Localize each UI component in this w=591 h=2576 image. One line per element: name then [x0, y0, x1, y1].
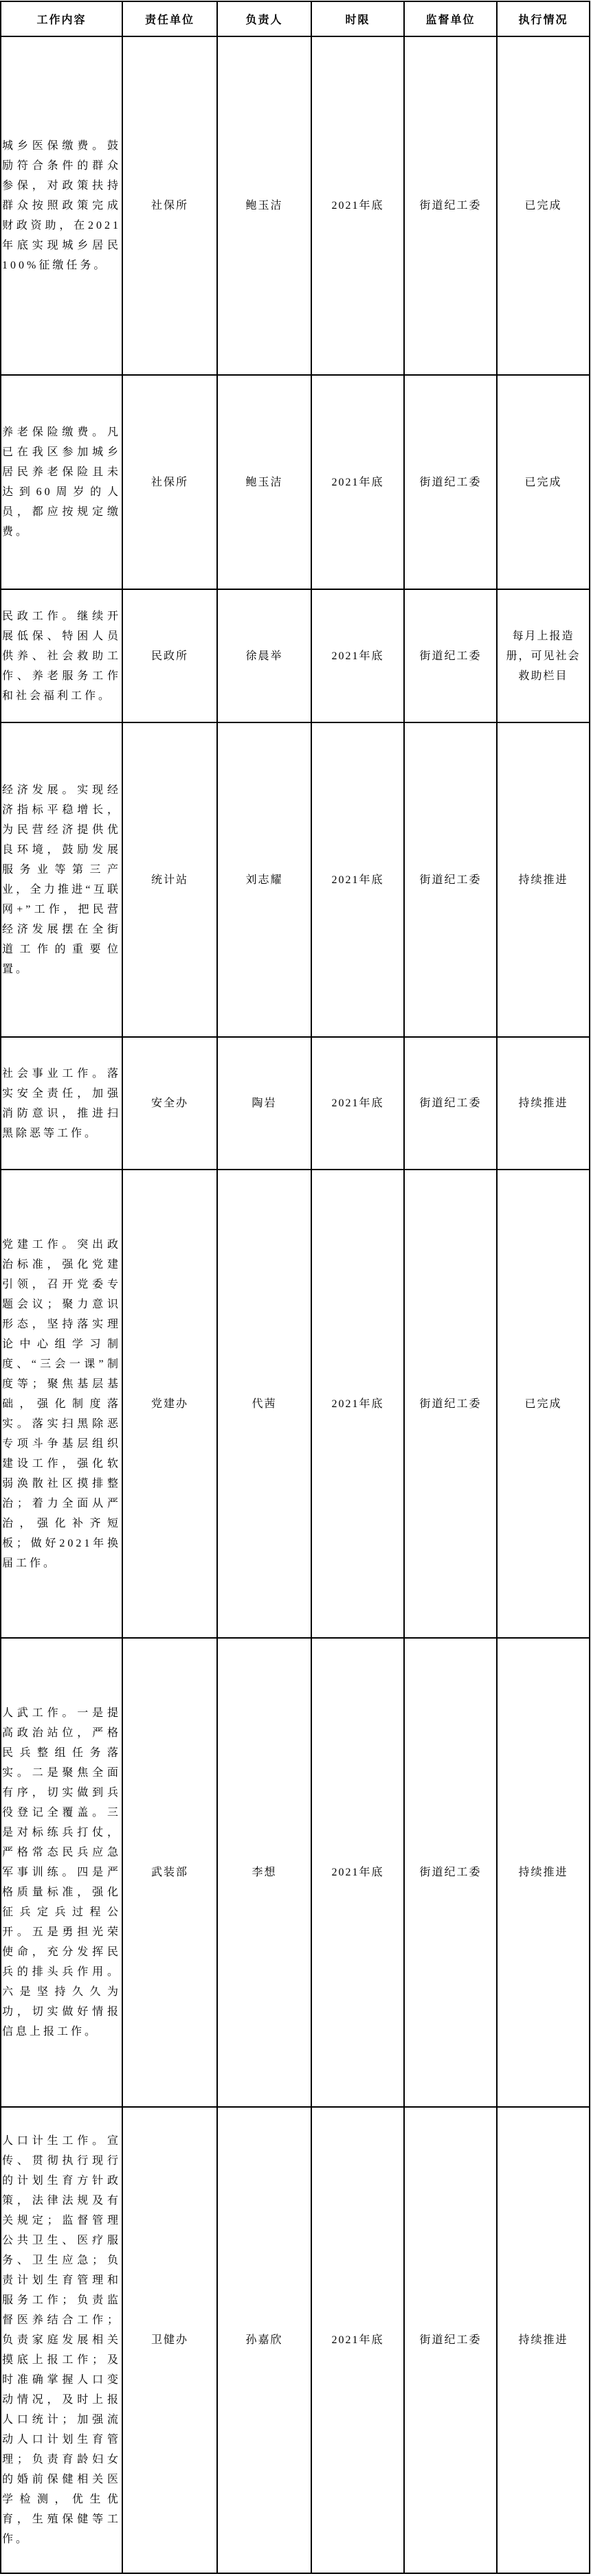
- table-row: 养老保险缴费。凡已在我区参加城乡居民养老保险且未达到60周岁的人员，都应按规定缴…: [1, 375, 590, 589]
- col-header-supervising-unit: 监督单位: [404, 1, 497, 36]
- cell-responsible-unit: 社保所: [122, 36, 217, 375]
- cell-work-content: 民政工作。继续开展低保、特困人员供养、社会救助工作、养老服务工作和社会福利工作。: [1, 589, 122, 722]
- cell-responsible-unit: 党建办: [122, 1170, 217, 1638]
- cell-person-in-charge: 鲍玉洁: [217, 36, 311, 375]
- cell-supervising-unit: 街道纪工委: [404, 36, 497, 375]
- cell-supervising-unit: 街道纪工委: [404, 722, 497, 1037]
- cell-person-in-charge: 孙嘉欣: [217, 2107, 311, 2573]
- cell-work-content: 社会事业工作。落实安全责任，加强消防意识，推进扫黑除恶等工作。: [1, 1037, 122, 1170]
- col-header-responsible-unit: 责任单位: [122, 1, 217, 36]
- cell-work-content: 城乡医保缴费。鼓励符合条件的群众参保，对政策扶持群众按照政策完成财政资助，在20…: [1, 36, 122, 375]
- cell-work-content: 人口计生工作。宣传、贯彻执行现行的计划生育方针政策，法律法规及有关规定；监督管理…: [1, 2107, 122, 2573]
- table-row: 党建工作。突出政治标准，强化党建引领，召开党委专题会议；聚力意识形态，坚持落实理…: [1, 1170, 590, 1638]
- cell-deadline: 2021年底: [311, 722, 404, 1037]
- table-row: 经济发展。实现经济指标平稳增长，为民营经济提供优良环境，鼓励发展服务业等第三产业…: [1, 722, 590, 1037]
- cell-execution-status: 每月上报造册，可见社会救助栏目: [497, 589, 590, 722]
- table-row: 社会事业工作。落实安全责任，加强消防意识，推进扫黑除恶等工作。 安全办 陶岩 2…: [1, 1037, 590, 1170]
- work-plan-table: 工作内容 责任单位 负责人 时限 监督单位 执行情况 城乡医保缴费。鼓励符合条件…: [0, 1, 590, 2574]
- cell-person-in-charge: 陶岩: [217, 1037, 311, 1170]
- header-row: 工作内容 责任单位 负责人 时限 监督单位 执行情况: [1, 1, 590, 36]
- cell-supervising-unit: 街道纪工委: [404, 1170, 497, 1638]
- cell-execution-status: 持续推进: [497, 2107, 590, 2573]
- cell-responsible-unit: 统计站: [122, 722, 217, 1037]
- cell-execution-status: 持续推进: [497, 1037, 590, 1170]
- table-row: 城乡医保缴费。鼓励符合条件的群众参保，对政策扶持群众按照政策完成财政资助，在20…: [1, 36, 590, 375]
- col-header-deadline: 时限: [311, 1, 404, 36]
- cell-responsible-unit: 安全办: [122, 1037, 217, 1170]
- cell-supervising-unit: 街道纪工委: [404, 1037, 497, 1170]
- col-header-execution-status: 执行情况: [497, 1, 590, 36]
- cell-person-in-charge: 李想: [217, 1638, 311, 2107]
- cell-person-in-charge: 代茜: [217, 1170, 311, 1638]
- cell-deadline: 2021年底: [311, 375, 404, 589]
- cell-execution-status: 持续推进: [497, 1638, 590, 2107]
- cell-supervising-unit: 街道纪工委: [404, 375, 497, 589]
- cell-person-in-charge: 鲍玉洁: [217, 375, 311, 589]
- cell-execution-status: 已完成: [497, 1170, 590, 1638]
- cell-deadline: 2021年底: [311, 1170, 404, 1638]
- cell-deadline: 2021年底: [311, 1638, 404, 2107]
- col-header-work-content: 工作内容: [1, 1, 122, 36]
- cell-execution-status: 持续推进: [497, 722, 590, 1037]
- cell-execution-status: 已完成: [497, 36, 590, 375]
- cell-supervising-unit: 街道纪工委: [404, 1638, 497, 2107]
- cell-work-content: 党建工作。突出政治标准，强化党建引领，召开党委专题会议；聚力意识形态，坚持落实理…: [1, 1170, 122, 1638]
- table-row: 人口计生工作。宣传、贯彻执行现行的计划生育方针政策，法律法规及有关规定；监督管理…: [1, 2107, 590, 2573]
- cell-supervising-unit: 街道纪工委: [404, 589, 497, 722]
- table-row: 人武工作。一是提高政治站位，严格民兵整组任务落实。二是聚焦全面有序，切实做到兵役…: [1, 1638, 590, 2107]
- cell-responsible-unit: 卫健办: [122, 2107, 217, 2573]
- col-header-person-in-charge: 负责人: [217, 1, 311, 36]
- cell-work-content: 养老保险缴费。凡已在我区参加城乡居民养老保险且未达到60周岁的人员，都应按规定缴…: [1, 375, 122, 589]
- cell-person-in-charge: 刘志耀: [217, 722, 311, 1037]
- cell-person-in-charge: 徐晨举: [217, 589, 311, 722]
- cell-deadline: 2021年底: [311, 1037, 404, 1170]
- cell-execution-status: 已完成: [497, 375, 590, 589]
- cell-responsible-unit: 武装部: [122, 1638, 217, 2107]
- cell-responsible-unit: 社保所: [122, 375, 217, 589]
- cell-responsible-unit: 民政所: [122, 589, 217, 722]
- cell-supervising-unit: 街道纪工委: [404, 2107, 497, 2573]
- cell-work-content: 经济发展。实现经济指标平稳增长，为民营经济提供优良环境，鼓励发展服务业等第三产业…: [1, 722, 122, 1037]
- cell-deadline: 2021年底: [311, 589, 404, 722]
- table-row: 民政工作。继续开展低保、特困人员供养、社会救助工作、养老服务工作和社会福利工作。…: [1, 589, 590, 722]
- cell-deadline: 2021年底: [311, 2107, 404, 2573]
- cell-deadline: 2021年底: [311, 36, 404, 375]
- cell-work-content: 人武工作。一是提高政治站位，严格民兵整组任务落实。二是聚焦全面有序，切实做到兵役…: [1, 1638, 122, 2107]
